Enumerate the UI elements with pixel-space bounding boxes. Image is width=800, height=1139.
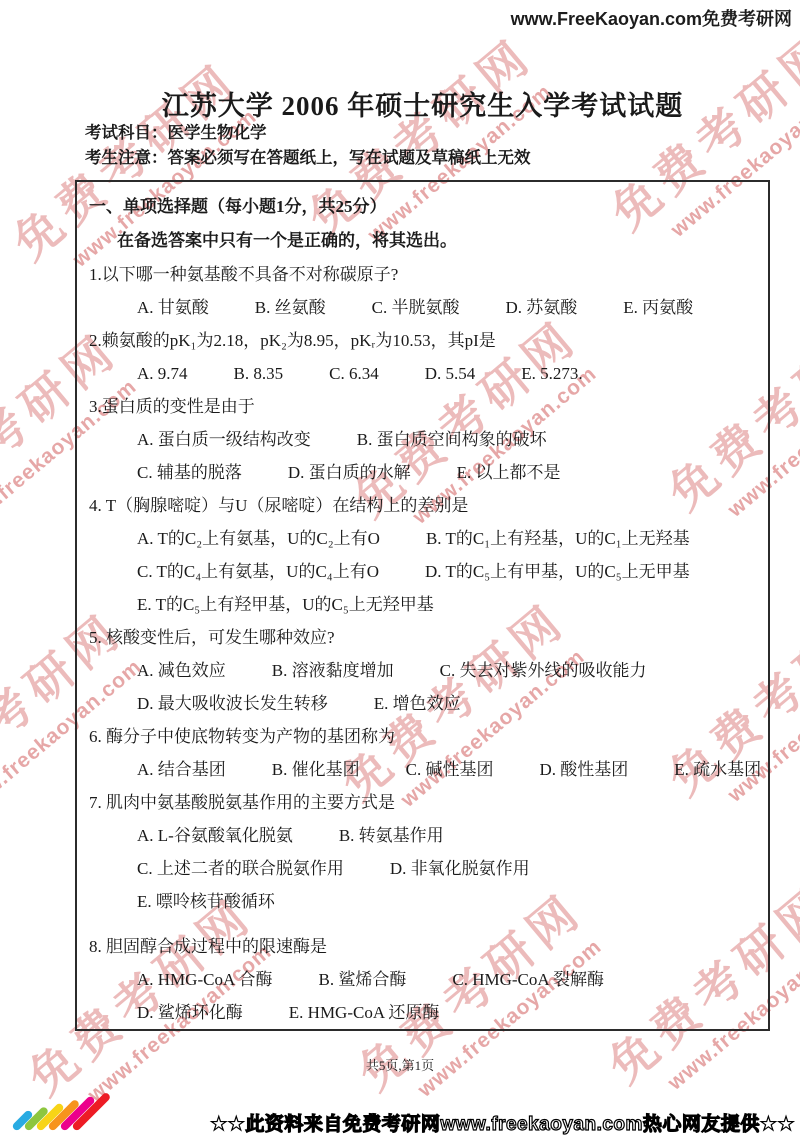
option: D. 最大吸收波长发生转移 (137, 687, 328, 720)
option: B. 溶液黏度增加 (272, 654, 394, 687)
option: D. 非氧化脱氨作用 (390, 852, 530, 885)
option: C. 6.34 (329, 357, 379, 390)
question-text: 8. 胆固醇合成过程中的限速酶是 (89, 930, 756, 963)
subject-line: 考试科目：医学生物化学 (85, 119, 267, 143)
question-text: 4. T（胸腺嘧啶）与U（尿嘧啶）在结构上的差别是 (89, 489, 756, 522)
option-line: A. HMG-CoA 合酶B. 鲨烯合酶C. HMG-CoA 裂解酶 (89, 963, 756, 996)
question: 6. 酶分子中使底物转变为产物的基团称为 A. 结合基团B. 催化基团C. 碱性… (89, 720, 756, 786)
option: C. 失去对紫外线的吸收能力 (440, 654, 647, 687)
option: D. 苏氨酸 (505, 291, 577, 324)
option: E. HMG-CoA 还原酶 (289, 996, 440, 1029)
document-content: www.FreeKaoyan.com免费考研网 江苏大学 2006 年硕士研究生… (0, 0, 800, 1139)
option: C. T的C₄上有氨基，U的C₄上有O (137, 555, 379, 588)
option: A. 蛋白质一级结构改变 (137, 423, 311, 456)
question: 5. 核酸变性后，可发生哪种效应? A. 减色效应B. 溶液黏度增加C. 失去对… (89, 621, 756, 720)
question: 7. 肌肉中氨基酸脱氨基作用的主要方式是 A. L-谷氨酸氧化脱氨B. 转氨基作… (89, 786, 756, 918)
option: D. 酸性基团 (539, 753, 628, 786)
option: C. 上述二者的联合脱氨作用 (137, 852, 344, 885)
option: C. 辅基的脱落 (137, 456, 242, 489)
option-line: E. 嘌呤核苷酸循环 (89, 885, 756, 918)
option-line: C. 辅基的脱落D. 蛋白质的水解E. 以上都不是 (89, 456, 756, 489)
option-line: A. 结合基团B. 催化基团C. 碱性基团D. 酸性基团E. 疏水基团 (89, 753, 756, 786)
option: A. 结合基团 (137, 753, 226, 786)
question-text: 7. 肌肉中氨基酸脱氨基作用的主要方式是 (89, 786, 756, 819)
question: 4. T（胸腺嘧啶）与U（尿嘧啶）在结构上的差别是 A. T的C₂上有氨基，U的… (89, 489, 756, 621)
option-line: A. 甘氨酸B. 丝氨酸C. 半胱氨酸D. 苏氨酸E. 丙氨酸 (89, 291, 756, 324)
option-line: C. 上述二者的联合脱氨作用D. 非氧化脱氨作用 (89, 852, 756, 885)
option: D. T的C₅上有甲基，U的C₅上无甲基 (425, 555, 690, 588)
question: 8. 胆固醇合成过程中的限速酶是 A. HMG-CoA 合酶B. 鲨烯合酶C. … (89, 930, 756, 1029)
exam-page: 免费考研网 www.freekaoyan.com 免费考研网 www.freek… (0, 0, 800, 1139)
option-line: A. 蛋白质一级结构改变B. 蛋白质空间构象的破坏 (89, 423, 756, 456)
freekaoyan-logo (4, 1077, 104, 1135)
option: C. HMG-CoA 裂解酶 (452, 963, 604, 996)
question: 3.蛋白质的变性是由于 A. 蛋白质一级结构改变B. 蛋白质空间构象的破坏C. … (89, 390, 756, 489)
option: A. HMG-CoA 合酶 (137, 963, 273, 996)
option: E. T的C₅上有羟甲基，U的C₅上无羟甲基 (137, 588, 434, 621)
notice-line: 考生注意：答案必须写在答题纸上，写在试题及草稿纸上无效 (85, 144, 531, 168)
section-heading: 一、单项选择题（每小题1分，共25分） (89, 190, 756, 224)
option-line: A. L-谷氨酸氧化脱氨B. 转氨基作用 (89, 819, 756, 852)
option: E. 嘌呤核苷酸循环 (137, 885, 275, 918)
option: E. 丙氨酸 (623, 291, 693, 324)
question-box: 一、单项选择题（每小题1分，共25分） 在备选答案中只有一个是正确的，将其选出。… (75, 180, 770, 1031)
option: E. 5.273. (521, 357, 582, 390)
option: B. 丝氨酸 (255, 291, 326, 324)
question-text: 2.赖氨酸的pK₁为2.18，pK₂为8.95，pKᵣ为10.53，其pI是 (89, 324, 756, 357)
option: B. T的C₁上有羟基，U的C₁上无羟基 (426, 522, 690, 555)
option: B. 转氨基作用 (339, 819, 444, 852)
page-number: 共5页,第1页 (0, 1055, 800, 1074)
section-instruction: 在备选答案中只有一个是正确的，将其选出。 (89, 224, 756, 258)
option-line: A. 9.74B. 8.35C. 6.34D. 5.54E. 5.273. (89, 357, 756, 390)
option: A. 甘氨酸 (137, 291, 209, 324)
option: A. L-谷氨酸氧化脱氨 (137, 819, 293, 852)
option: A. 9.74 (137, 357, 188, 390)
option: A. T的C₂上有氨基，U的C₂上有O (137, 522, 380, 555)
option: E. 增色效应 (374, 687, 461, 720)
site-header: www.FreeKaoyan.com免费考研网 (511, 5, 792, 31)
option-line: E. T的C₅上有羟甲基，U的C₅上无羟甲基 (89, 588, 756, 621)
question-list: 1.以下哪一种氨基酸不具备不对称碳原子? A. 甘氨酸B. 丝氨酸C. 半胱氨酸… (89, 258, 756, 1029)
option: C. 半胱氨酸 (372, 291, 460, 324)
question-text: 3.蛋白质的变性是由于 (89, 390, 756, 423)
question: 2.赖氨酸的pK₁为2.18，pK₂为8.95，pKᵣ为10.53，其pI是 A… (89, 324, 756, 390)
option: B. 8.35 (234, 357, 284, 390)
option: B. 鲨烯合酶 (319, 963, 407, 996)
bottom-banner: ★★此资料来自免费考研网www.freekaoyan.com热心网友提供★★ (210, 1109, 795, 1136)
option-line: D. 最大吸收波长发生转移E. 增色效应 (89, 687, 756, 720)
option: B. 催化基团 (272, 753, 360, 786)
option: B. 蛋白质空间构象的破坏 (357, 423, 547, 456)
option: E. 以上都不是 (457, 456, 561, 489)
option: A. 减色效应 (137, 654, 226, 687)
option: D. 鲨烯环化酶 (137, 996, 243, 1029)
question: 1.以下哪一种氨基酸不具备不对称碳原子? A. 甘氨酸B. 丝氨酸C. 半胱氨酸… (89, 258, 756, 324)
option-line: D. 鲨烯环化酶E. HMG-CoA 还原酶 (89, 996, 756, 1029)
option: C. 碱性基团 (406, 753, 494, 786)
question-text: 6. 酶分子中使底物转变为产物的基团称为 (89, 720, 756, 753)
question-text: 5. 核酸变性后，可发生哪种效应? (89, 621, 756, 654)
option-line: C. T的C₄上有氨基，U的C₄上有OD. T的C₅上有甲基，U的C₅上无甲基 (89, 555, 756, 588)
option-line: A. T的C₂上有氨基，U的C₂上有OB. T的C₁上有羟基，U的C₁上无羟基 (89, 522, 756, 555)
option: D. 蛋白质的水解 (288, 456, 411, 489)
option: E. 疏水基团 (674, 753, 761, 786)
option-line: A. 减色效应B. 溶液黏度增加C. 失去对紫外线的吸收能力 (89, 654, 756, 687)
question-text: 1.以下哪一种氨基酸不具备不对称碳原子? (89, 258, 756, 291)
page-title: 江苏大学 2006 年硕士研究生入学考试试题 (75, 84, 770, 123)
option: D. 5.54 (425, 357, 476, 390)
